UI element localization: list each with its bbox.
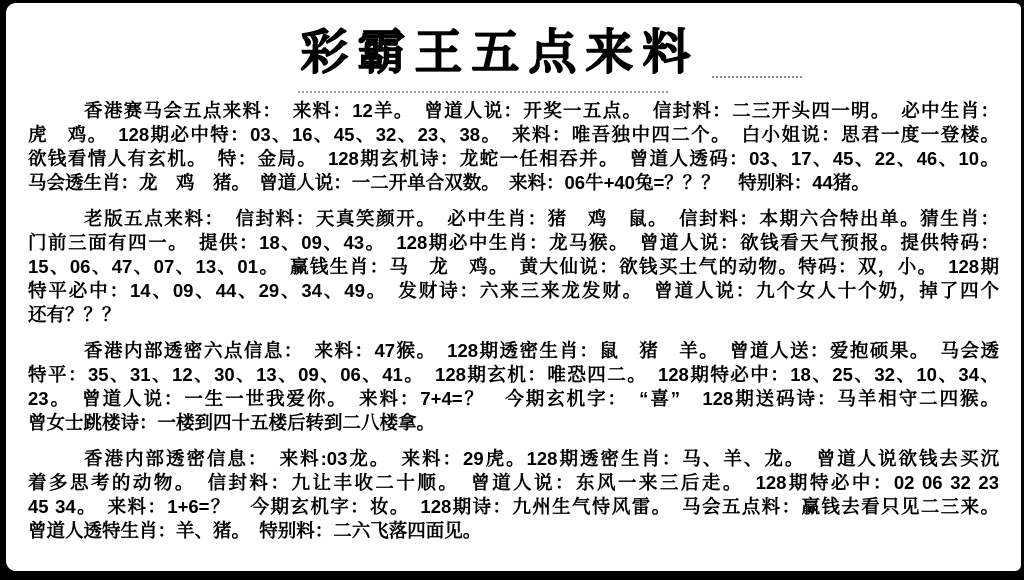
text-line: 香港赛马会五点来料： 来料：12羊。 曾道人说：开奖一五点。 信封料：二三开头四… [28, 99, 999, 123]
text-line: 香港内部透密信息： 来料:03龙。 来料：29虎。128期透密生肖：马、羊、龙。… [28, 447, 999, 471]
text-line: 曾道人透特生肖：羊、猪。 特别料：二六飞落四面见。 [28, 519, 999, 543]
text-line: 欲钱看情人有玄机。 特：金局。 128期玄机诗：龙蛇一任相吞并。 曾道人透码：0… [28, 147, 999, 171]
text-line: 特平：35、31、12、30、13、09、06、41。 128期玄机：唯恐四二。… [28, 363, 999, 387]
paper: 彩霸王五点来料 香港赛马会五点来料： 来料：12羊。 曾道人说：开奖一五点。 信… [6, 3, 1021, 571]
scanned-page: 彩霸王五点来料 香港赛马会五点来料： 来料：12羊。 曾道人说：开奖一五点。 信… [0, 0, 1024, 580]
text-line: 特平必中：14、09、44、29、34、49。 发财诗：六来三来龙发财。 曾道人… [28, 279, 999, 303]
text-line: 门前三面有四一。 提供：18、09、43。 128期必中生肖：龙马猴。 曾道人说… [28, 231, 999, 255]
text-line: 着多思考的动物。 信封料：九让丰收二十顺。 曾道人说：东风一来三后走。 128期… [28, 471, 999, 495]
text-line: 马会透生肖：龙 鸡 猪。 曾道人说：一二开单合双数。 来料：06牛+40兔=？？… [28, 171, 999, 195]
text-line: 15、06、47、07、13、01。 赢钱生肖：马 龙 鸡。 黄大仙说：欲钱买土… [28, 255, 999, 279]
paragraph-hk-jockey-club: 香港赛马会五点来料： 来料：12羊。 曾道人说：开奖一五点。 信封料：二三开头四… [28, 99, 999, 195]
text-line: 23。 曾道人说：一生一世我爱你。 来料：7+4=？ 今期玄机字： “喜” 12… [28, 387, 999, 411]
content: 香港赛马会五点来料： 来料：12羊。 曾道人说：开奖一五点。 信封料：二三开头四… [28, 99, 999, 543]
text-line: 老版五点来料： 信封料：天真笑颜开。 必中生肖：猪 鸡 鼠。 信封料：本期六合特… [28, 207, 999, 231]
scan-noise-under-title [298, 91, 668, 93]
text-line: 45 34。 来料：1+6=？ 今期玄机字：妆。 128期诗：九州生气恃风雷。 … [28, 495, 999, 519]
paragraph-old-version: 老版五点来料： 信封料：天真笑颜开。 必中生肖：猪 鸡 鼠。 信封料：本期六合特… [28, 207, 999, 327]
page-title: 彩霸王五点来料 [0, 23, 1007, 83]
scan-noise-right-of-title [712, 76, 802, 78]
paragraph-hk-internal-info: 香港内部透密信息： 来料:03龙。 来料：29虎。128期透密生肖：马、羊、龙。… [28, 447, 999, 543]
text-line: 曾女士跳楼诗：一楼到四十五楼后转到二八楼拿。 [28, 411, 999, 435]
text-line: 还有？？？ [28, 303, 999, 327]
text-line: 虎 鸡。 128期必中特：03、16、45、32、23、38。 来料：唯吾独中四… [28, 123, 999, 147]
text-line: 香港内部透密六点信息： 来料：47猴。 128期透密生肖：鼠 猪 羊。 曾道人送… [28, 339, 999, 363]
paragraph-hk-internal-six-point: 香港内部透密六点信息： 来料：47猴。 128期透密生肖：鼠 猪 羊。 曾道人送… [28, 339, 999, 435]
